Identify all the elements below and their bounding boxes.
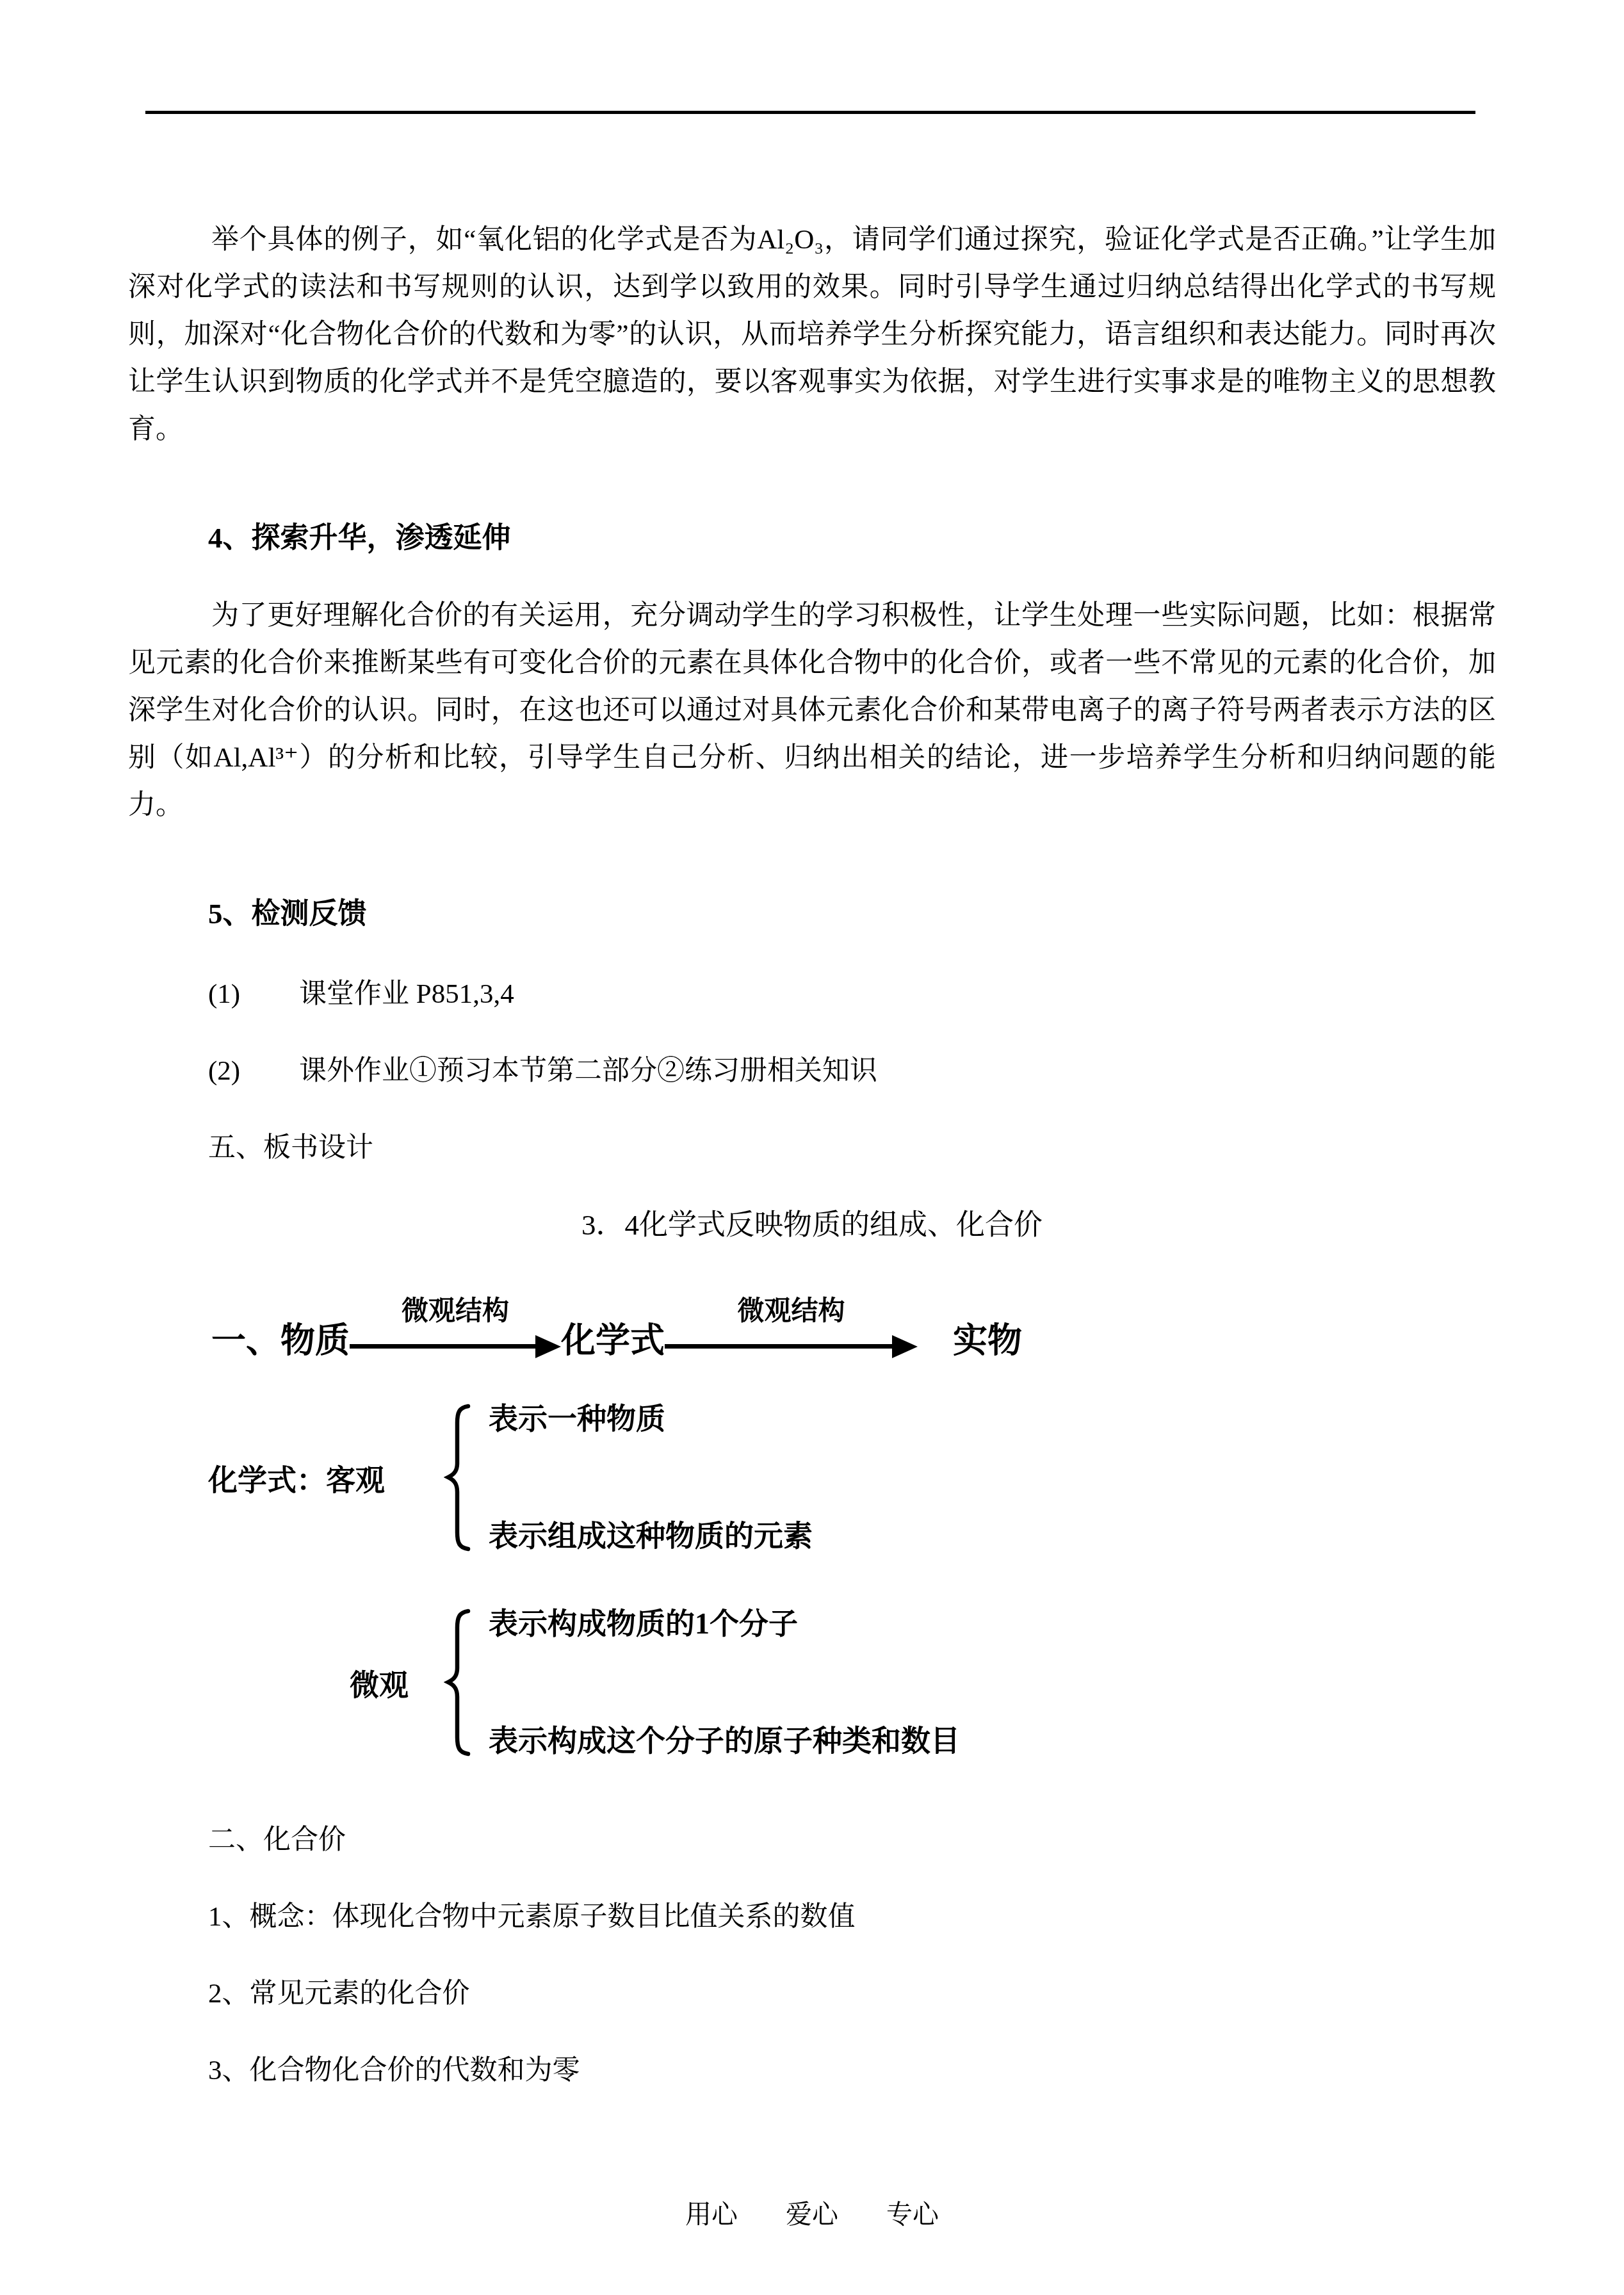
brace-item: 表示构成这个分子的原子种类和数目 xyxy=(489,1724,960,1758)
arrow-right-icon: 微观结构 xyxy=(350,1291,561,1363)
homework-text: 课外作业①预习本节第二部分②练习册相关知识 xyxy=(299,1048,877,1095)
brace-items: 表示一种物质 表示组成这种物质的元素 xyxy=(472,1402,813,1553)
homework-item-1: (1) 课堂作业 P851,3,4 xyxy=(208,971,1496,1018)
board-point-1: 1、概念：体现化合物中元素原子数目比值关系的数值 xyxy=(208,1894,1496,1941)
board-point-3: 3、化合物化合价的代数和为零 xyxy=(208,2047,1496,2095)
flow-node-object: 实物 xyxy=(953,1322,1022,1363)
arrow-label: 微观结构 xyxy=(350,1290,561,1328)
paragraph-example: 举个具体的例子，如“氧化铝的化学式是否为Al₂O₃，请同学们通过探究，验证化学式… xyxy=(128,216,1496,453)
homework-marker: (1) xyxy=(208,971,299,1018)
homework-item-2: (2) 课外作业①预习本节第二部分②练习册相关知识 xyxy=(208,1048,1496,1095)
flow-diagram: 一、物质 微观结构 化学式 微观结构 实物 xyxy=(211,1291,1496,1363)
brace-group-label: 微观 xyxy=(208,1662,444,1704)
homework-marker: (2) xyxy=(208,1048,299,1095)
brace-group-objective: 化学式：客观 表示一种物质 表示组成这种物质的元素 xyxy=(208,1402,1496,1553)
section-heading-valence: 二、化合价 xyxy=(208,1817,1496,1864)
brace-group-label: 化学式：客观 xyxy=(208,1457,444,1499)
document-page: 举个具体的例子，如“氧化铝的化学式是否为Al₂O₃，请同学们通过探究，验证化学式… xyxy=(0,0,1624,2295)
homework-text: 课堂作业 P851,3,4 xyxy=(299,971,514,1018)
footer-word: 爱心 xyxy=(786,2191,838,2238)
brace-items: 表示构成物质的1个分子 表示构成这个分子的原子种类和数目 xyxy=(472,1607,960,1758)
board-design-heading: 五、板书设计 xyxy=(208,1124,1496,1172)
curly-brace-icon xyxy=(444,1607,472,1758)
footer-word: 用心 xyxy=(685,2191,738,2238)
footer-word: 专心 xyxy=(886,2191,939,2238)
flow-node-formula: 化学式 xyxy=(561,1322,665,1363)
page-footer: 用心 爱心 专心 xyxy=(128,2191,1496,2238)
arrow-label: 微观结构 xyxy=(665,1290,918,1328)
brace-group-micro: 微观 表示构成物质的1个分子 表示构成这个分子的原子种类和数目 xyxy=(208,1607,1496,1758)
arrow-right-icon: 微观结构 xyxy=(665,1291,918,1363)
board-title: 3．4化学式反映物质的组成、化合价 xyxy=(128,1201,1496,1249)
brace-item: 表示构成物质的1个分子 xyxy=(489,1607,960,1641)
curly-brace-icon xyxy=(444,1402,472,1553)
board-point-2: 2、常见元素的化合价 xyxy=(208,1970,1496,2018)
section-heading-4: 4、探索升华，渗透延伸 xyxy=(208,514,1496,562)
section-heading-5: 5、检测反馈 xyxy=(208,890,1496,937)
header-rule xyxy=(145,111,1475,114)
brace-item: 表示组成这种物质的元素 xyxy=(489,1520,813,1553)
brace-item: 表示一种物质 xyxy=(489,1402,813,1436)
paragraph-extension: 为了更好理解化合价的有关运用，充分调动学生的学习积极性，让学生处理一些实际问题，… xyxy=(128,592,1496,829)
page-content: 举个具体的例子，如“氧化铝的化学式是否为Al₂O₃，请同学们通过探究，验证化学式… xyxy=(0,0,1624,2238)
flow-node-substance: 一、物质 xyxy=(211,1322,350,1363)
